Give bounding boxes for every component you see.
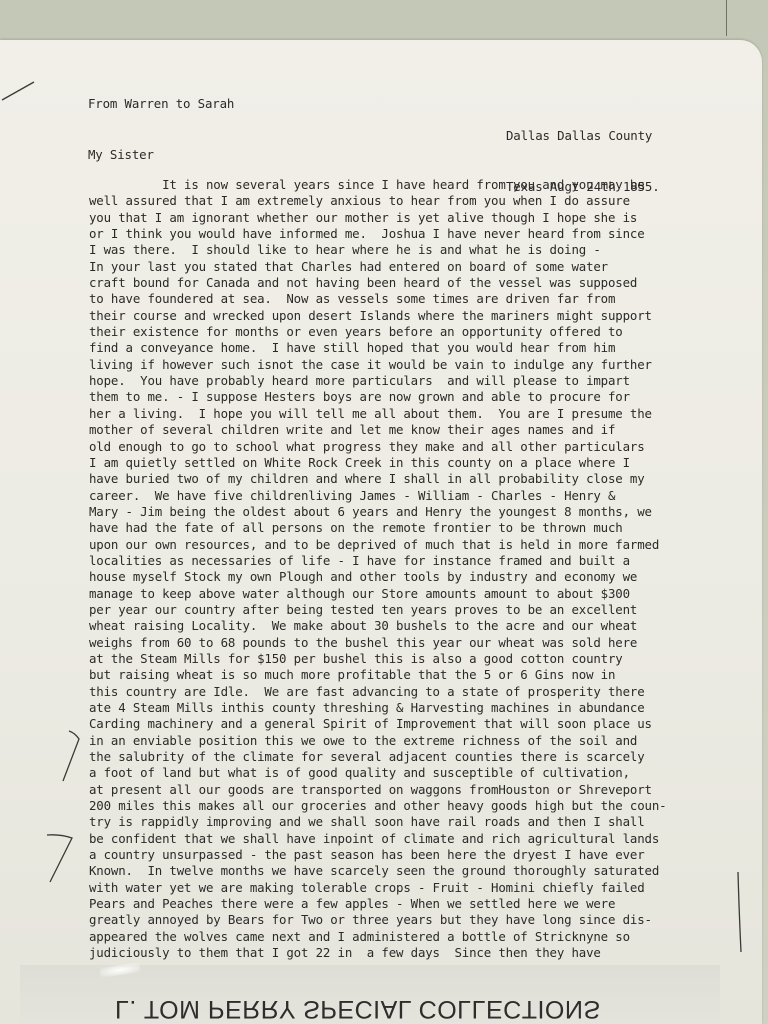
backdrop-crease-line [726,0,727,36]
letter-body-line: with water yet we are making tolerable c… [89,880,666,896]
letter-body-line: the salubrity of the climate for several… [89,749,666,765]
letter-body-line: upon our own resources, and to be depriv… [89,537,666,553]
pencil-vertical-line-icon [735,870,745,960]
letter-body-line: Carding machinery and a general Spirit o… [89,716,666,732]
letter-body-line: localities as necessaries of life - I ha… [89,553,666,569]
letter-body-line: Pears and Peaches there were a few apple… [89,896,666,912]
letter-place-line: Dallas Dallas County [506,127,660,144]
letter-body-line: you that I am ignorant whether our mothe… [89,210,666,226]
letter-body-line: have buried two of my children and where… [89,471,666,487]
letter-body-line: find a conveyance home. I have still hop… [89,340,666,356]
letter-body-line: well assured that I am extremely anxious… [89,193,666,209]
letter-body-line: weighs from 60 to 68 pounds to the bushe… [89,635,666,651]
letter-body-line: be confident that we shall have inpoint … [89,831,666,847]
letter-body-line: per year our country after being tested … [89,602,666,618]
pencil-check-mark-2-icon [40,830,80,890]
letter-body-line: try is rappidly improving and we shall s… [89,814,666,830]
letter-body-line: I am quietly settled on White Rock Creek… [89,455,666,471]
archive-collection-stamp: L. TOM PERRY SPECIAL COLLECTIONS [115,994,595,1024]
letter-salutation: My Sister [88,147,154,163]
letter-body-line: manage to keep above water although our … [89,586,666,602]
letter-body-line: 200 miles this makes all our groceries a… [89,798,666,814]
letter-body-line: It is now several years since I have hea… [89,177,666,193]
letter-body-line: a country unsurpassed - the past season … [89,847,666,863]
letter-body-line: judiciously to them that I got 22 in a f… [89,945,666,961]
letter-body-line: them to me. - I suppose Hesters boys are… [89,389,666,405]
letter-body-line: to have foundered at sea. Now as vessels… [89,291,666,307]
letter-body-line: ate 4 Steam Mills inthis county threshin… [89,700,666,716]
letter-body-line: a foot of land but what is of good quali… [89,765,666,781]
letter-body-line: at present all our goods are transported… [89,782,666,798]
letter-body-line: greatly annoyed by Bears for Two or thre… [89,912,666,928]
letter-body-line: living if however such isnot the case it… [89,357,666,373]
letter-body-line: Mary - Jim being the oldest about 6 year… [89,504,666,520]
letter-body-line: but raising wheat is so much more profit… [89,667,666,683]
letter-body-line: I was there. I should like to hear where… [89,242,666,258]
letter-body-line: old enough to go to school what progress… [89,439,666,455]
letter-body-line: have had the fate of all persons on the … [89,520,666,536]
letter-body-line: In your last you stated that Charles had… [89,259,666,275]
letter-body-line: at the Steam Mills for $150 per bushel t… [89,651,666,667]
letter-body-line: mother of several children write and let… [89,422,666,438]
letter-body-line: appeared the wolves came next and I admi… [89,929,666,945]
pencil-check-mark-1-icon [55,725,85,785]
letter-body-line: Known. In twelve months we have scarcely… [89,863,666,879]
letter-from-line: From Warren to Sarah [88,96,234,112]
letter-body-line: career. We have five childrenliving Jame… [89,488,666,504]
letter-body-line: this country are Idle. We are fast advan… [89,684,666,700]
letter-body-line: their course and wrecked upon desert Isl… [89,308,666,324]
letter-body-line: their existence for months or even years… [89,324,666,340]
letter-body-line: or I think you would have informed me. J… [89,226,666,242]
letter-body-line: wheat raising Locality. We make about 30… [89,618,666,634]
letter-body-line: her a living. I hope you will tell me al… [89,406,666,422]
letter-body: It is now several years since I have hea… [89,177,666,962]
letter-body-line: house myself Stock my own Plough and oth… [89,569,666,585]
letter-body-line: in an enviable position this we owe to t… [89,733,666,749]
letter-body-line: craft bound for Canada and not having be… [89,275,666,291]
letter-body-line: hope. You have probably heard more parti… [89,373,666,389]
pencil-tick-mark-top-icon [0,78,40,108]
